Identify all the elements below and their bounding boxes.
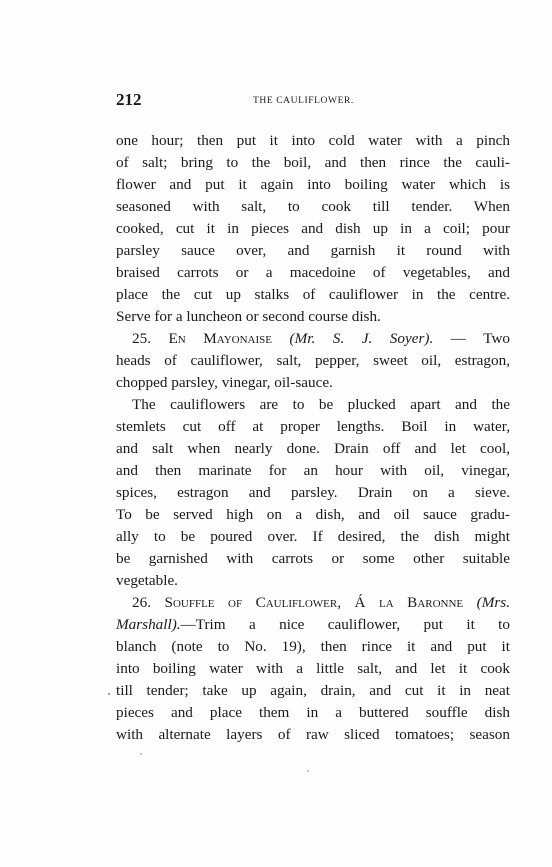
text-line: Marshall).—Trim a nice cauliflower, put … bbox=[116, 614, 510, 636]
text-line: The cauliflowers are to be plucked apart… bbox=[116, 394, 510, 416]
recipe-title: Souffle of Cauliflower, Á la Baronne bbox=[165, 594, 464, 611]
recipe-25-heading: 25. En Mayonaise (Mr. S. J. Soyer). — Tw… bbox=[116, 328, 510, 350]
text-line: place the cut up stalks of cauliflower i… bbox=[116, 284, 510, 306]
text-line: braised carrots or a macedoine of vegeta… bbox=[116, 262, 510, 284]
page-header: 212 THE CAULIFLOWER. bbox=[116, 90, 510, 114]
text-line: into boiling water with a little salt, a… bbox=[116, 658, 510, 680]
text-line: flower and put it again into boiling wat… bbox=[116, 174, 510, 196]
text-line: stemlets cut off at proper lengths. Boil… bbox=[116, 416, 510, 438]
scan-speck bbox=[307, 770, 309, 772]
recipe-intro: —Trim a nice cauliflower, put it to bbox=[181, 616, 510, 633]
text-line: one hour; then put it into cold water wi… bbox=[116, 130, 510, 152]
text-line: To be served high on a dish, and oil sau… bbox=[116, 504, 510, 526]
text-line: parsley sauce over, and garnish it round… bbox=[116, 240, 510, 262]
text-line: heads of cauliflower, salt, pepper, swee… bbox=[116, 350, 510, 372]
book-page: 212 THE CAULIFLOWER. one hour; then put … bbox=[0, 0, 552, 867]
text-line: of salt; bring to the boil, and then rin… bbox=[116, 152, 510, 174]
recipe-attribution: (Mr. S. J. Soyer). bbox=[290, 330, 434, 347]
running-head: THE CAULIFLOWER. bbox=[253, 96, 354, 106]
recipe-attribution: Marshall). bbox=[116, 616, 181, 633]
text-line: pieces and place them in a buttered souf… bbox=[116, 702, 510, 724]
text-line: and salt when nearly done. Drain off and… bbox=[116, 438, 510, 460]
text-line: be garnished with carrots or some other … bbox=[116, 548, 510, 570]
page-number: 212 bbox=[116, 90, 142, 110]
text-line: spices, estragon and parsley. Drain on a… bbox=[116, 482, 510, 504]
text-line: ally to be poured over. If desired, the … bbox=[116, 526, 510, 548]
recipe-number: 25. bbox=[132, 330, 151, 347]
recipe-attribution: (Mrs. bbox=[463, 594, 510, 611]
recipe-intro: — Two bbox=[433, 330, 510, 347]
recipe-number: 26. bbox=[132, 594, 151, 611]
recipe-title: En Mayonaise bbox=[169, 330, 272, 347]
text-line: and then marinate for an hour with oil, … bbox=[116, 460, 510, 482]
text-line: with alternate layers of raw sliced toma… bbox=[116, 724, 510, 746]
text-line: chopped parsley, vinegar, oil-sauce. bbox=[116, 372, 510, 394]
text-line: vegetable. bbox=[116, 570, 510, 592]
text-line: Serve for a luncheon or second course di… bbox=[116, 306, 510, 328]
scan-speck bbox=[140, 753, 142, 755]
recipe-26-heading: 26. Souffle of Cauliflower, Á la Baronne… bbox=[116, 592, 510, 614]
scan-speck bbox=[108, 693, 110, 695]
text-line: cooked, cut it in pieces and dish up in … bbox=[116, 218, 510, 240]
text-line: till tender; take up again, drain, and c… bbox=[116, 680, 510, 702]
text-line: seasoned with salt, to cook till tender.… bbox=[116, 196, 510, 218]
text-line: blanch (note to No. 19), then rince it a… bbox=[116, 636, 510, 658]
